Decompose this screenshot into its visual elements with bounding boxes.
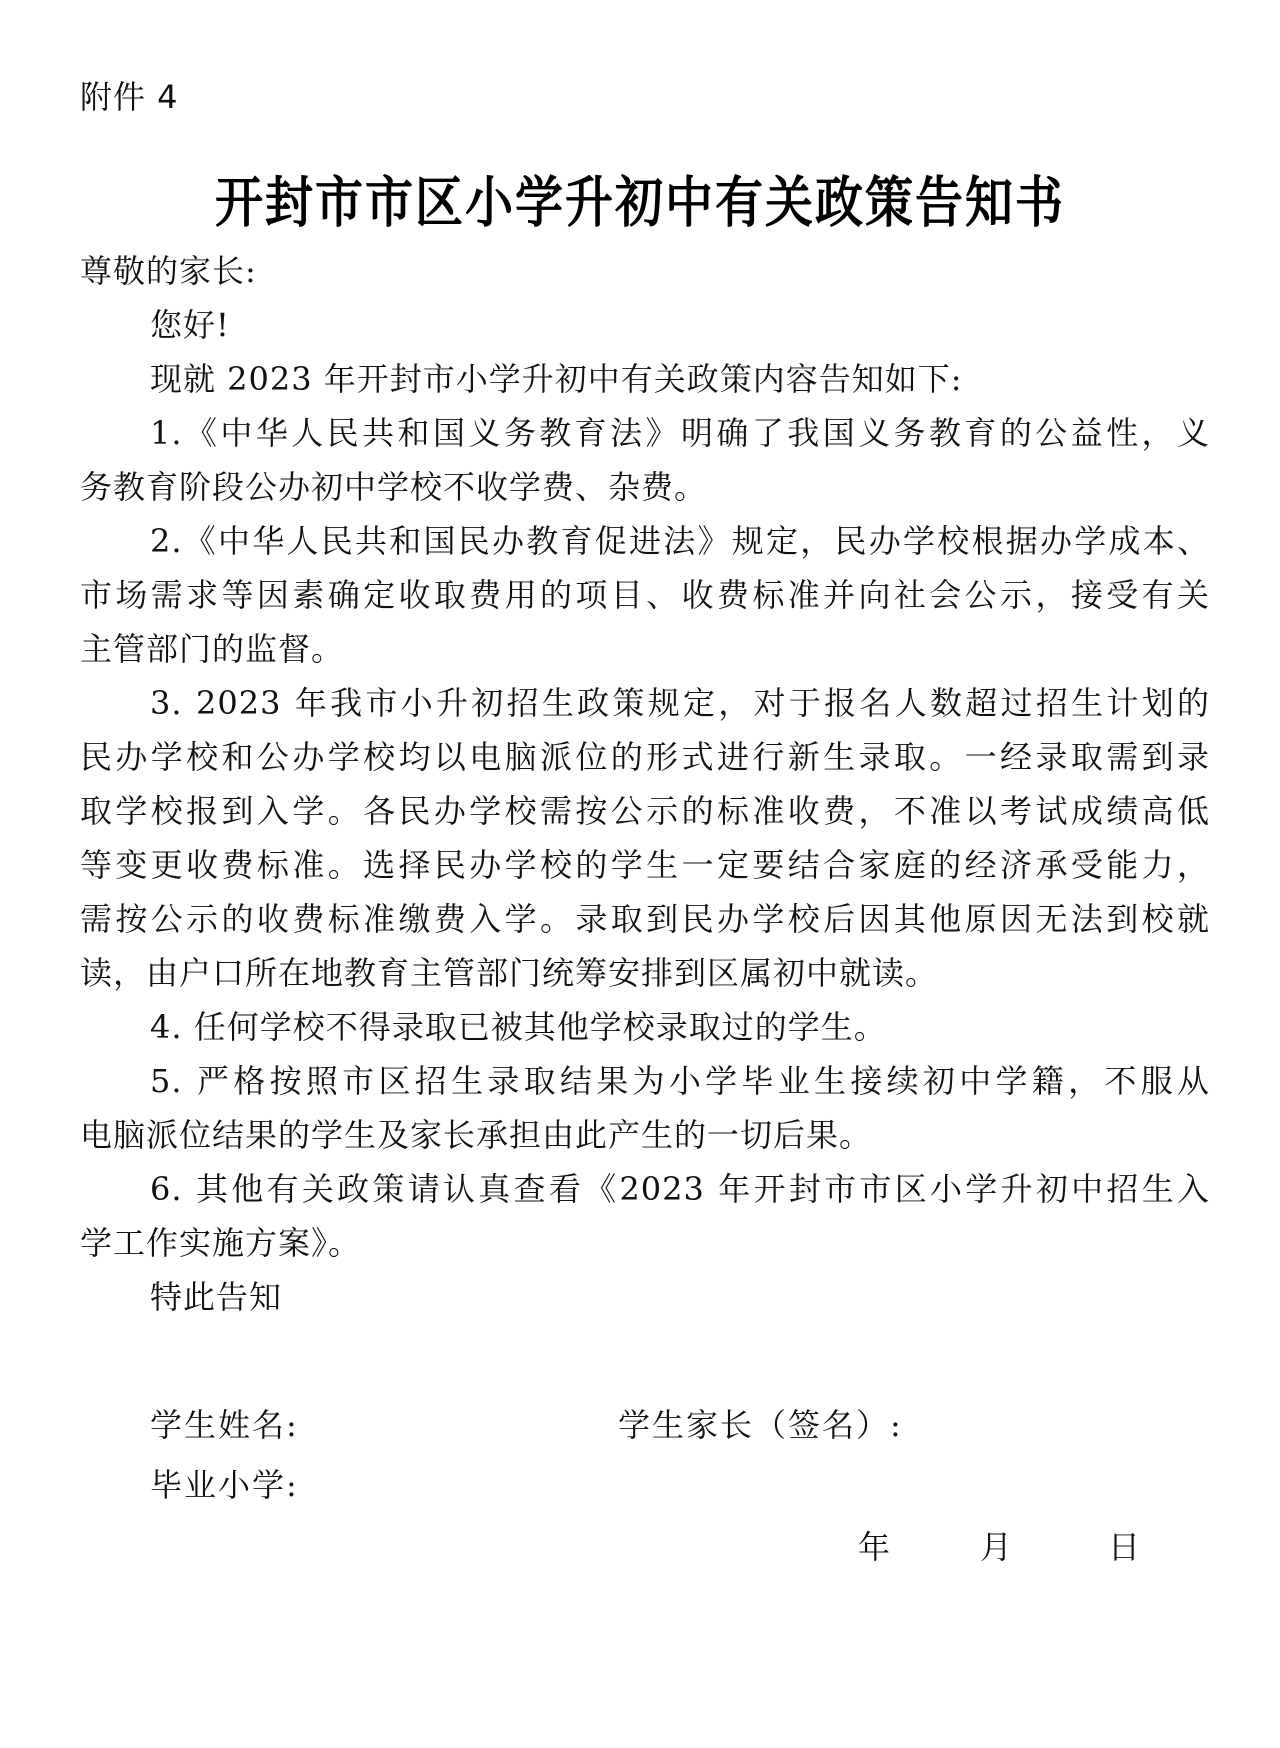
attachment-label: 附件 4 [80,72,179,118]
intro-paragraph: 现就 2023 年开封市小学升初中有关政策内容告知如下: [150,354,963,400]
item-5-line-1: 5. 严格按照市区招生录取结果为小学毕业生接续初中学籍，不服从 [150,1056,1210,1102]
item-1-line-2: 务教育阶段公办初中学校不收学费、杂费。 [80,462,707,508]
item-6-line-2: 学工作实施方案》。 [80,1218,361,1264]
item-2-line-1: 2.《中华人民共和国民办教育促进法》规定，民办学校根据办学成本、 [150,516,1210,562]
item-6-line-1: 6. 其他有关政策请认真查看《2023 年开封市市区小学升初中招生入 [150,1164,1210,1210]
item-4-line-1: 4. 任何学校不得录取已被其他学校录取过的学生。 [150,1002,887,1048]
date-year-label: 年 [858,1522,890,1568]
item-3-line-4: 等变更收费标准。选择民办学校的学生一定要结合家庭的经济承受能力， [80,840,1210,886]
document-page: 附件 4 开封市市区小学升初中有关政策告知书 尊敬的家长: 您好! 现就 202… [0,0,1280,1748]
item-2-line-3: 主管部门的监督。 [80,624,344,670]
item-3-line-1: 3. 2023 年我市小升初招生政策规定，对于报名人数超过招生计划的 [150,678,1210,724]
closing-text: 特此告知 [150,1272,282,1318]
item-1-line-1: 1.《中华人民共和国义务教育法》明确了我国义务教育的公益性，义 [150,408,1210,454]
document-title: 开封市市区小学升初中有关政策告知书 [0,158,1280,237]
parent-signature-label: 学生家长（签名）: [618,1400,903,1446]
date-day-label: 日 [1108,1522,1140,1568]
item-3-line-3: 取学校报到入学。各民办学校需按公示的标准收费，不准以考试成绩高低 [80,786,1210,832]
item-5-line-2: 电脑派位结果的学生及家长承担由此产生的一切后果。 [80,1110,872,1156]
item-3-line-6: 读，由户口所在地教育主管部门统筹安排到区属初中就读。 [80,948,938,994]
student-name-label: 学生姓名: [150,1400,299,1446]
item-3-line-5: 需按公示的收费标准缴费入学。录取到民办学校后因其他原因无法到校就 [80,894,1210,940]
graduating-school-label: 毕业小学: [150,1460,299,1506]
date-month-label: 月 [980,1522,1012,1568]
greeting: 您好! [150,300,230,346]
item-2-line-2: 市场需求等因素确定收取费用的项目、收费标准并向社会公示，接受有关 [80,570,1210,616]
salutation: 尊敬的家长: [80,246,257,292]
item-3-line-2: 民办学校和公办学校均以电脑派位的形式进行新生录取。一经录取需到录 [80,732,1210,778]
